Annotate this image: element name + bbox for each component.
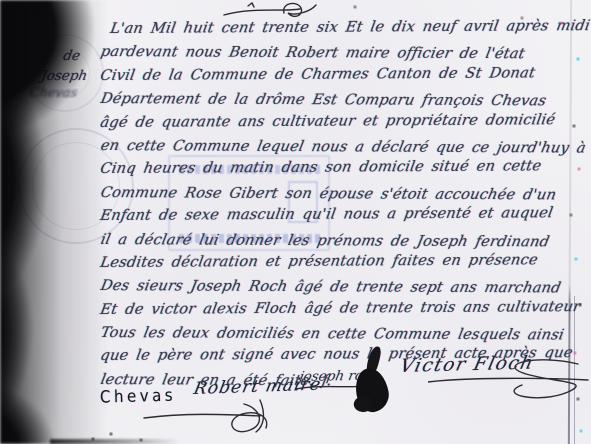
paraph-flourish-icon [222, 0, 334, 20]
manuscript-line: Et de victor alexis Floch âgé de trente … [98, 298, 591, 324]
manuscript-line: Civil de la Commune de Charmes Canton de… [98, 64, 591, 90]
margin-act-number: 16 [20, 8, 41, 24]
scan-noise-speckles [0, 0, 2, 2]
manuscript-line: âgé de quarante ans cultivateur et propr… [98, 111, 591, 137]
ink-blot [352, 344, 398, 416]
witness-paraph-icon [428, 352, 590, 400]
manuscript-line: L'an Mil huit cent trente six Et le dix … [108, 17, 591, 43]
margin-note-line: de [62, 48, 81, 64]
manuscript-text-block: L'an Mil huit cent trente six Et le dix … [98, 20, 587, 394]
margin-note-line: Joseph [40, 68, 89, 84]
manuscript-line: Enfant de sexe masculin qu'il nous a pré… [98, 204, 591, 230]
scanned-register-page: 16 de Joseph Chevas L'an Mil huit cent t… [0, 0, 591, 444]
mayor-paraph-icon [140, 398, 325, 436]
manuscript-line: Lesdites déclaration et présentation fai… [98, 251, 591, 277]
margin-note-line: Chevas [28, 86, 78, 101]
scan-bottom-shadow [50, 439, 180, 444]
manuscript-line: Cinq heures du matin dans son domicile s… [98, 157, 591, 183]
